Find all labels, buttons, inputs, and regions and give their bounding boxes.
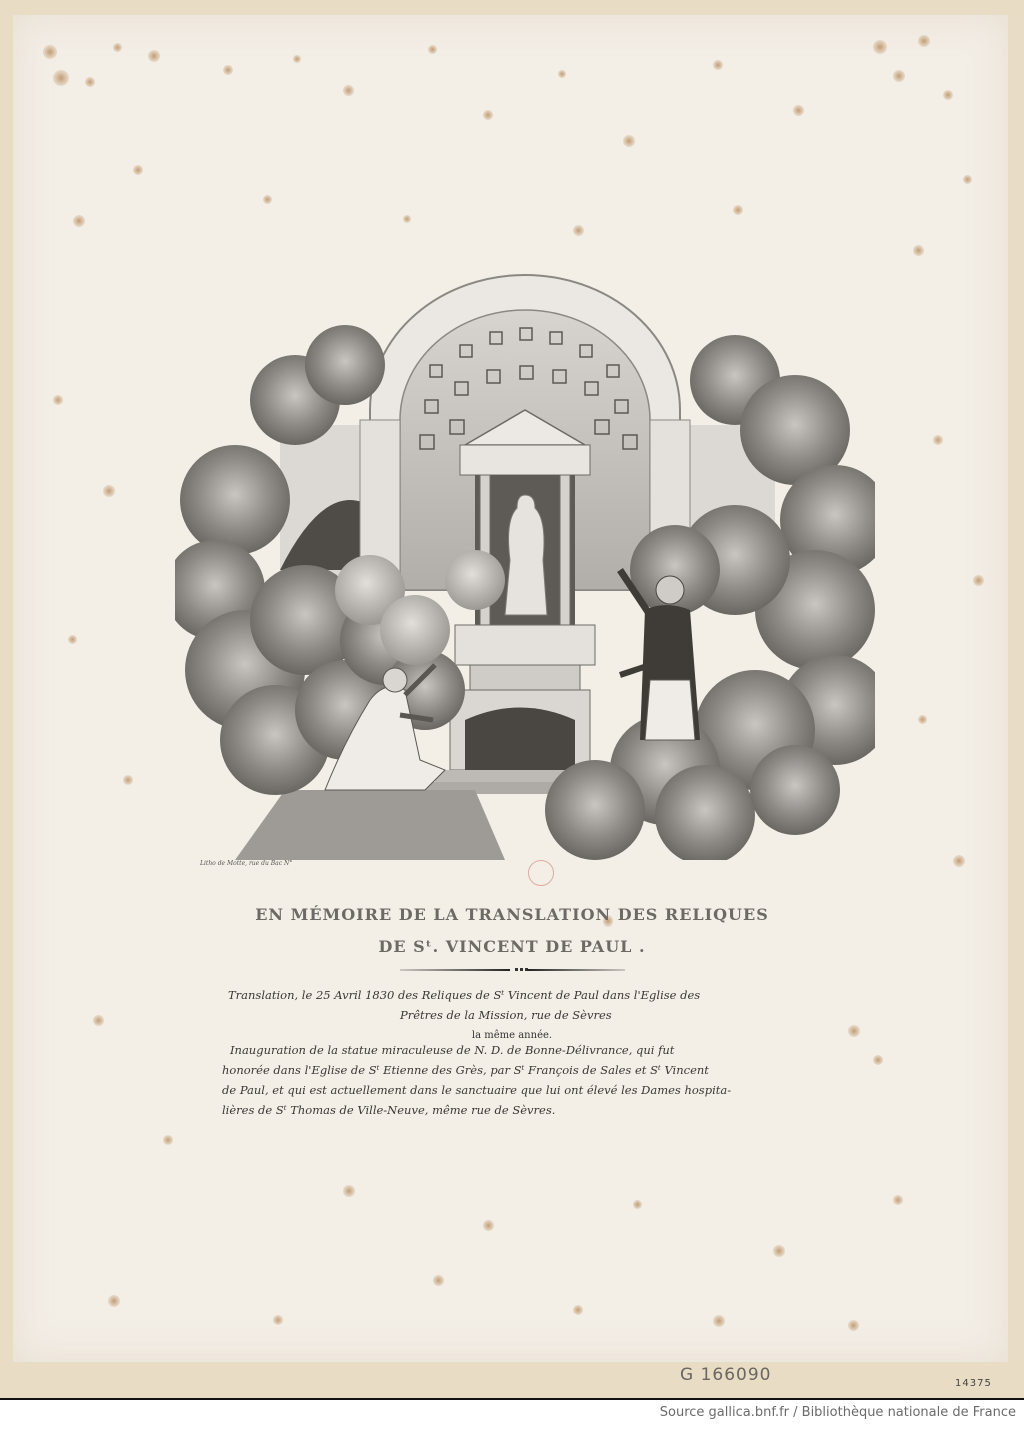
library-stamp bbox=[528, 860, 554, 886]
foxing-spot bbox=[873, 40, 887, 54]
paragraph2-line4: lières de Sᵗ Thomas de Ville-Neuve, même… bbox=[222, 1103, 555, 1117]
foxing-spot bbox=[713, 1315, 725, 1327]
foxing-spot bbox=[893, 1195, 903, 1205]
foxing-spot bbox=[53, 70, 69, 86]
foxing-spot bbox=[773, 1245, 785, 1257]
foxing-spot bbox=[123, 775, 133, 785]
foxing-spot bbox=[85, 77, 95, 87]
paragraph1-line1: Translation, le 25 Avril 1830 des Reliqu… bbox=[228, 988, 700, 1002]
paragraph2-line3: de Paul, et qui est actuellement dans le… bbox=[222, 1083, 731, 1097]
foxing-spot bbox=[943, 90, 953, 100]
foxing-spot bbox=[483, 110, 493, 120]
foxing-spot bbox=[918, 715, 927, 724]
foxing-spot bbox=[223, 65, 233, 75]
foxing-spot bbox=[793, 105, 804, 116]
foxing-spot bbox=[273, 1315, 283, 1325]
shelfmark-annotation: G 166090 bbox=[680, 1365, 771, 1385]
foxing-spot bbox=[428, 45, 437, 54]
ornamental-rule bbox=[400, 968, 625, 971]
title-line-2: DE Sᵗ. VINCENT DE PAUL . bbox=[0, 937, 1024, 956]
foxing-spot bbox=[43, 45, 57, 59]
foxing-spot bbox=[93, 1015, 104, 1026]
foxing-spot bbox=[733, 205, 743, 215]
lithographer-credit: Litho de Motte, rue du Bac N° bbox=[200, 860, 292, 867]
foxing-spot bbox=[433, 1275, 444, 1286]
foxing-spot bbox=[73, 215, 85, 227]
foxing-spot bbox=[113, 43, 122, 52]
paragraph2-line2: honorée dans l'Eglise de Sᵗ Etienne des … bbox=[222, 1063, 709, 1077]
foxing-spot bbox=[133, 165, 143, 175]
lithograph-illustration bbox=[175, 270, 875, 860]
foxing-spot bbox=[293, 55, 301, 63]
foxing-spot bbox=[573, 1305, 583, 1315]
foxing-spot bbox=[403, 215, 411, 223]
foxing-spot bbox=[103, 485, 115, 497]
foxing-spot bbox=[623, 135, 635, 147]
same-year-note: la même année. bbox=[0, 1030, 1024, 1041]
foxing-spot bbox=[558, 70, 566, 78]
foxing-spot bbox=[848, 1320, 859, 1331]
foxing-spot bbox=[148, 50, 160, 62]
foxing-spot bbox=[483, 1220, 494, 1231]
foxing-spot bbox=[973, 575, 984, 586]
item-number: 14375 bbox=[955, 1378, 992, 1389]
title-line-1: EN MÉMOIRE DE LA TRANSLATION DES RELIQUE… bbox=[0, 905, 1024, 924]
foxing-spot bbox=[633, 1200, 642, 1209]
paragraph1-line2: Prêtres de la Mission, rue de Sèvres bbox=[400, 1008, 612, 1022]
foxing-spot bbox=[933, 435, 943, 445]
foxing-spot bbox=[343, 85, 354, 96]
foxing-spot bbox=[263, 195, 272, 204]
foxing-spot bbox=[163, 1135, 173, 1145]
foxing-spot bbox=[963, 175, 972, 184]
footer-divider bbox=[0, 1398, 1024, 1400]
foxing-spot bbox=[918, 35, 930, 47]
foxing-spot bbox=[873, 1055, 883, 1065]
foxing-spot bbox=[573, 225, 584, 236]
foxing-spot bbox=[343, 1185, 355, 1197]
foxing-spot bbox=[913, 245, 924, 256]
foxing-spot bbox=[713, 60, 723, 70]
foxing-spot bbox=[53, 395, 63, 405]
foxing-spot bbox=[108, 1295, 120, 1307]
source-credit: Source gallica.bnf.fr / Bibliothèque nat… bbox=[660, 1405, 1016, 1420]
foxing-spot bbox=[893, 70, 905, 82]
foxing-spot bbox=[953, 855, 965, 867]
foxing-spot bbox=[68, 635, 77, 644]
rule-ornament bbox=[515, 968, 529, 971]
paragraph2-line1: Inauguration de la statue miraculeuse de… bbox=[230, 1043, 674, 1057]
